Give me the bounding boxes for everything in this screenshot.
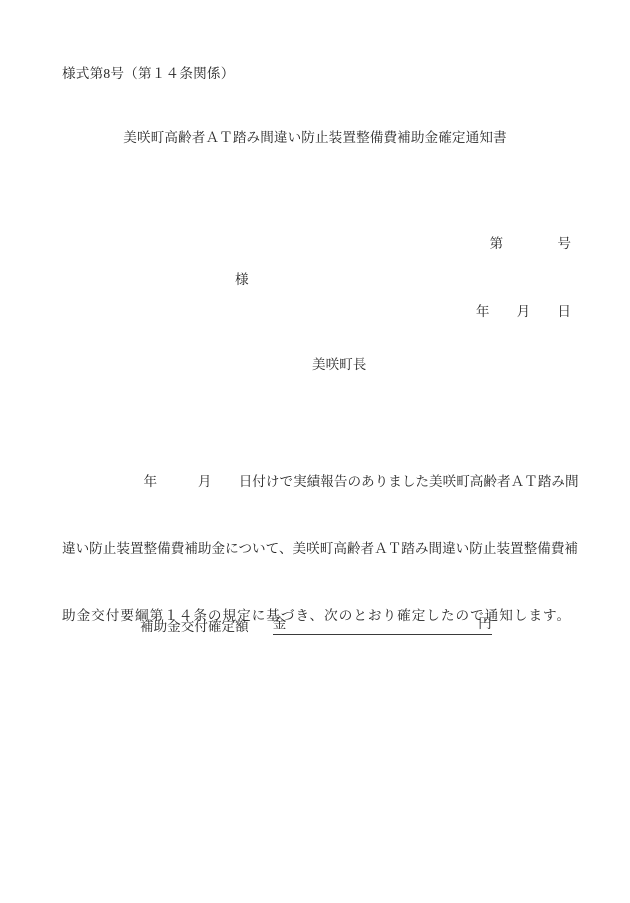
- form-number: 様式第8号（第１４条関係）: [62, 62, 235, 82]
- document-number-line: 第 号: [476, 233, 571, 256]
- amount-blank-line: 金円: [273, 612, 492, 635]
- amount-row: 補助金交付確定額金円: [140, 612, 492, 635]
- date-line: 年 月 日: [476, 301, 571, 324]
- amount-label: 補助金交付確定額: [140, 615, 249, 635]
- currency-suffix: 円: [478, 612, 492, 632]
- body-line-1: 年 月 日付けで実績報告のありました美咲町高齢者ＡＴ踏み間: [62, 471, 582, 493]
- body-line-2: 違い防止装置整備費補助金について、美咲町高齢者ＡＴ踏み間違い防止装置整備費補: [62, 538, 582, 560]
- addressee-honorific: 様: [235, 268, 249, 288]
- document-title: 美咲町高齢者ＡＴ踏み間違い防止装置整備費補助金確定通知書: [0, 126, 630, 146]
- document-page: 様式第8号（第１４条関係） 美咲町高齢者ＡＴ踏み間違い防止装置整備費補助金確定通…: [0, 0, 630, 903]
- sender-title: 美咲町長: [312, 353, 366, 373]
- currency-prefix: 金: [273, 612, 287, 632]
- reference-block: 第 号 年 月 日: [476, 188, 571, 368]
